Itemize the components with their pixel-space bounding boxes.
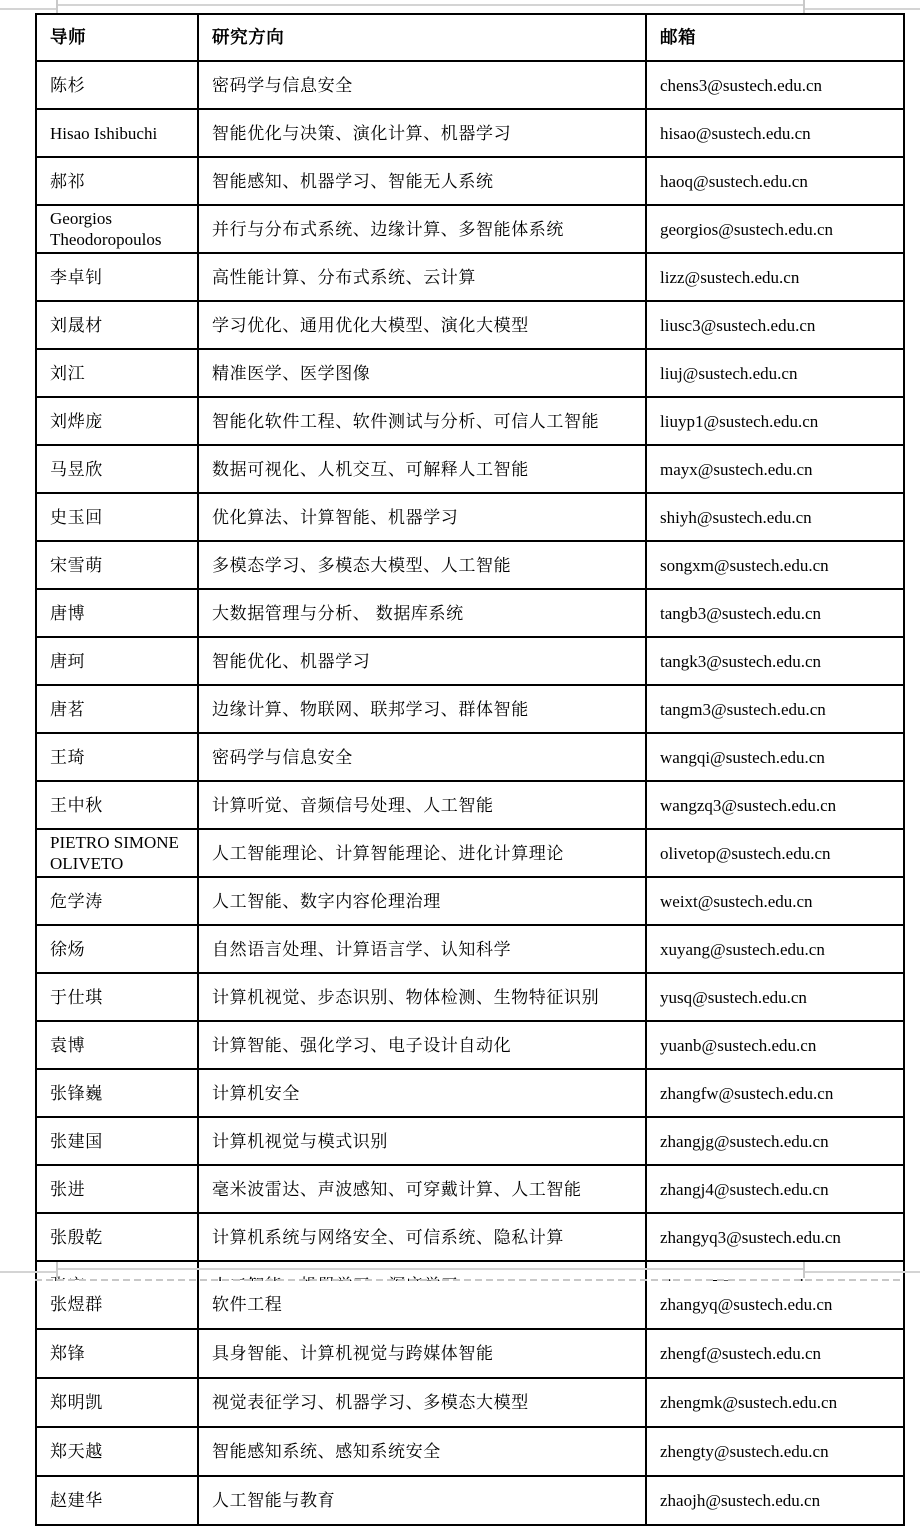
research-cell: 大数据管理与分析、 数据库系统 (198, 589, 646, 637)
research-cell: 人工智能、数字内容伦理治理 (198, 877, 646, 925)
research-cell: 视觉表征学习、机器学习、多模态大模型 (198, 1378, 646, 1427)
header-mentor: 导师 (36, 14, 198, 61)
research-cell: 密码学与信息安全 (198, 733, 646, 781)
table-row: 宋雪萌多模态学习、多模态大模型、人工智能songxm@sustech.edu.c… (36, 541, 904, 589)
mentor-cell: 赵建华 (36, 1476, 198, 1525)
mentor-cell: 郝祁 (36, 157, 198, 205)
email-cell: wangqi@sustech.edu.cn (646, 733, 904, 781)
table-row: 王中秋计算听觉、音频信号处理、人工智能wangzq3@sustech.edu.c… (36, 781, 904, 829)
research-cell: 并行与分布式系统、边缘计算、多智能体系统 (198, 205, 646, 253)
mentor-cell: 李卓钊 (36, 253, 198, 301)
email-cell: hisao@sustech.edu.cn (646, 109, 904, 157)
research-cell: 智能化软件工程、软件测试与分析、可信人工智能 (198, 397, 646, 445)
email-cell: tangm3@sustech.edu.cn (646, 685, 904, 733)
mentor-cell: 王中秋 (36, 781, 198, 829)
table-row: Georgios Theodoropoulos并行与分布式系统、边缘计算、多智能… (36, 205, 904, 253)
mentor-cell: 张进 (36, 1165, 198, 1213)
mentor-cell: 宋雪萌 (36, 541, 198, 589)
research-cell: 计算机视觉、步态识别、物体检测、生物特征识别 (198, 973, 646, 1021)
table-row: 郝祁智能感知、机器学习、智能无人系统haoq@sustech.edu.cn (36, 157, 904, 205)
email-cell: georgios@sustech.edu.cn (646, 205, 904, 253)
research-cell: 软件工程 (198, 1281, 646, 1329)
mentor-cell: 刘晟材 (36, 301, 198, 349)
tbody-page2: 张煜群软件工程zhangyq@sustech.edu.cn郑锋具身智能、计算机视… (36, 1281, 904, 1525)
mentor-cell: 王琦 (36, 733, 198, 781)
research-cell: 多模态学习、多模态大模型、人工智能 (198, 541, 646, 589)
page-edge-line-top-right (804, 8, 920, 10)
email-cell: zhangjg@sustech.edu.cn (646, 1117, 904, 1165)
page-break-line-left (0, 1271, 57, 1273)
mentor-cell: Hisao Ishibuchi (36, 109, 198, 157)
table-row: PIETRO SIMONE OLIVETO人工智能理论、计算智能理论、进化计算理… (36, 829, 904, 877)
email-cell: zhaojh@sustech.edu.cn (646, 1476, 904, 1525)
research-cell: 具身智能、计算机视觉与跨媒体智能 (198, 1329, 646, 1378)
email-cell: haoq@sustech.edu.cn (646, 157, 904, 205)
table-row: 李卓钊高性能计算、分布式系统、云计算lizz@sustech.edu.cn (36, 253, 904, 301)
email-cell: olivetop@sustech.edu.cn (646, 829, 904, 877)
mentor-cell: PIETRO SIMONE OLIVETO (36, 829, 198, 877)
table-row: 危学涛人工智能、数字内容伦理治理weixt@sustech.edu.cn (36, 877, 904, 925)
table-row: 郑天越智能感知系统、感知系统安全zhengty@sustech.edu.cn (36, 1427, 904, 1476)
research-cell: 数据可视化、人机交互、可解释人工智能 (198, 445, 646, 493)
table-row: 唐茗边缘计算、物联网、联邦学习、群体智能tangm3@sustech.edu.c… (36, 685, 904, 733)
email-cell: xuyang@sustech.edu.cn (646, 925, 904, 973)
mentor-cell: 危学涛 (36, 877, 198, 925)
email-cell: lizz@sustech.edu.cn (646, 253, 904, 301)
table-row: 刘烨庞智能化软件工程、软件测试与分析、可信人工智能liuyp1@sustech.… (36, 397, 904, 445)
table-row: 郑明凯视觉表征学习、机器学习、多模态大模型zhengmk@sustech.edu… (36, 1378, 904, 1427)
mentor-cell: 唐珂 (36, 637, 198, 685)
research-cell: 智能优化、机器学习 (198, 637, 646, 685)
mentor-cell: 袁博 (36, 1021, 198, 1069)
email-cell: zhangyq@sustech.edu.cn (646, 1281, 904, 1329)
table-row: 张锋巍计算机安全zhangfw@sustech.edu.cn (36, 1069, 904, 1117)
email-cell: zhangyq3@sustech.edu.cn (646, 1213, 904, 1261)
mentor-cell: 郑明凯 (36, 1378, 198, 1427)
table-row: 赵建华人工智能与教育zhaojh@sustech.edu.cn (36, 1476, 904, 1525)
mentor-cell: 郑天越 (36, 1427, 198, 1476)
email-cell: yusq@sustech.edu.cn (646, 973, 904, 1021)
header-research: 研究方向 (198, 14, 646, 61)
research-cell: 高性能计算、分布式系统、云计算 (198, 253, 646, 301)
table-row: 刘江精准医学、医学图像liuj@sustech.edu.cn (36, 349, 904, 397)
mentor-cell: 史玉回 (36, 493, 198, 541)
mentor-cell: 张建国 (36, 1117, 198, 1165)
table-row: 郑锋具身智能、计算机视觉与跨媒体智能zhengf@sustech.edu.cn (36, 1329, 904, 1378)
email-cell: zhangj4@sustech.edu.cn (646, 1165, 904, 1213)
table-row: 唐博大数据管理与分析、 数据库系统tangb3@sustech.edu.cn (36, 589, 904, 637)
email-cell: shiyh@sustech.edu.cn (646, 493, 904, 541)
research-cell: 密码学与信息安全 (198, 61, 646, 109)
table-row: 马昱欣数据可视化、人机交互、可解释人工智能mayx@sustech.edu.cn (36, 445, 904, 493)
table-row: 徐炀自然语言处理、计算语言学、认知科学xuyang@sustech.edu.cn (36, 925, 904, 973)
research-cell: 计算机系统与网络安全、可信系统、隐私计算 (198, 1213, 646, 1261)
table-row: 陈杉密码学与信息安全chens3@sustech.edu.cn (36, 61, 904, 109)
research-cell: 计算机安全 (198, 1069, 646, 1117)
table-row: 刘晟材学习优化、通用优化大模型、演化大模型liusc3@sustech.edu.… (36, 301, 904, 349)
email-cell: zhengf@sustech.edu.cn (646, 1329, 904, 1378)
table-row: Hisao Ishibuchi智能优化与决策、演化计算、机器学习hisao@su… (36, 109, 904, 157)
table-row: 张建国计算机视觉与模式识别zhangjg@sustech.edu.cn (36, 1117, 904, 1165)
email-cell: zhangfw@sustech.edu.cn (646, 1069, 904, 1117)
research-cell: 人工智能理论、计算智能理论、进化计算理论 (198, 829, 646, 877)
mentor-cell: 张殷乾 (36, 1213, 198, 1261)
research-cell: 精准医学、医学图像 (198, 349, 646, 397)
email-cell: liuyp1@sustech.edu.cn (646, 397, 904, 445)
table-row: 史玉回优化算法、计算智能、机器学习shiyh@sustech.edu.cn (36, 493, 904, 541)
research-cell: 优化算法、计算智能、机器学习 (198, 493, 646, 541)
email-cell: liuj@sustech.edu.cn (646, 349, 904, 397)
table-row: 袁博计算智能、强化学习、电子设计自动化yuanb@sustech.edu.cn (36, 1021, 904, 1069)
research-cell: 智能感知系统、感知系统安全 (198, 1427, 646, 1476)
table-row: 于仕琪计算机视觉、步态识别、物体检测、生物特征识别yusq@sustech.ed… (36, 973, 904, 1021)
research-cell: 智能优化与决策、演化计算、机器学习 (198, 109, 646, 157)
research-cell: 边缘计算、物联网、联邦学习、群体智能 (198, 685, 646, 733)
mentor-table-page1: 导师 研究方向 邮箱 陈杉密码学与信息安全chens3@sustech.edu.… (35, 13, 905, 1310)
research-cell: 计算机视觉与模式识别 (198, 1117, 646, 1165)
tbody-page1: 陈杉密码学与信息安全chens3@sustech.edu.cnHisao Ish… (36, 61, 904, 1309)
email-cell: mayx@sustech.edu.cn (646, 445, 904, 493)
page-break-line-right (804, 1271, 920, 1273)
table-row: 王琦密码学与信息安全wangqi@sustech.edu.cn (36, 733, 904, 781)
research-cell: 计算智能、强化学习、电子设计自动化 (198, 1021, 646, 1069)
table-row: 张殷乾计算机系统与网络安全、可信系统、隐私计算zhangyq3@sustech.… (36, 1213, 904, 1261)
page-edge-line-top-left (0, 8, 57, 10)
mentor-cell: 张煜群 (36, 1281, 198, 1329)
email-cell: zhengty@sustech.edu.cn (646, 1427, 904, 1476)
table-row: 张进毫米波雷达、声波感知、可穿戴计算、人工智能zhangj4@sustech.e… (36, 1165, 904, 1213)
research-cell: 计算听觉、音频信号处理、人工智能 (198, 781, 646, 829)
mentor-cell: 唐博 (36, 589, 198, 637)
page-break-line-center (57, 1268, 804, 1270)
email-cell: yuanb@sustech.edu.cn (646, 1021, 904, 1069)
mentor-cell: 刘烨庞 (36, 397, 198, 445)
email-cell: tangb3@sustech.edu.cn (646, 589, 904, 637)
table-row: 张煜群软件工程zhangyq@sustech.edu.cn (36, 1281, 904, 1329)
mentor-cell: 郑锋 (36, 1329, 198, 1378)
research-cell: 自然语言处理、计算语言学、认知科学 (198, 925, 646, 973)
research-cell: 人工智能与教育 (198, 1476, 646, 1525)
email-cell: weixt@sustech.edu.cn (646, 877, 904, 925)
mentor-cell: 徐炀 (36, 925, 198, 973)
header-row: 导师 研究方向 邮箱 (36, 14, 904, 61)
header-email: 邮箱 (646, 14, 904, 61)
email-cell: chens3@sustech.edu.cn (646, 61, 904, 109)
table-row: 唐珂智能优化、机器学习tangk3@sustech.edu.cn (36, 637, 904, 685)
mentor-cell: Georgios Theodoropoulos (36, 205, 198, 253)
mentor-cell: 刘江 (36, 349, 198, 397)
research-cell: 智能感知、机器学习、智能无人系统 (198, 157, 646, 205)
mentor-cell: 陈杉 (36, 61, 198, 109)
mentor-cell: 唐茗 (36, 685, 198, 733)
page-margin-tick-break-right (803, 1262, 805, 1278)
research-cell: 学习优化、通用优化大模型、演化大模型 (198, 301, 646, 349)
email-cell: zhengmk@sustech.edu.cn (646, 1378, 904, 1427)
email-cell: tangk3@sustech.edu.cn (646, 637, 904, 685)
email-cell: songxm@sustech.edu.cn (646, 541, 904, 589)
mentor-cell: 于仕琪 (36, 973, 198, 1021)
mentor-cell: 马昱欣 (36, 445, 198, 493)
page-edge-line-top-center (57, 4, 804, 6)
research-cell: 毫米波雷达、声波感知、可穿戴计算、人工智能 (198, 1165, 646, 1213)
mentor-table-page2: 张煜群软件工程zhangyq@sustech.edu.cn郑锋具身智能、计算机视… (35, 1281, 905, 1526)
email-cell: wangzq3@sustech.edu.cn (646, 781, 904, 829)
page-margin-tick-break-left (56, 1262, 58, 1278)
email-cell: liusc3@sustech.edu.cn (646, 301, 904, 349)
mentor-cell: 张锋巍 (36, 1069, 198, 1117)
